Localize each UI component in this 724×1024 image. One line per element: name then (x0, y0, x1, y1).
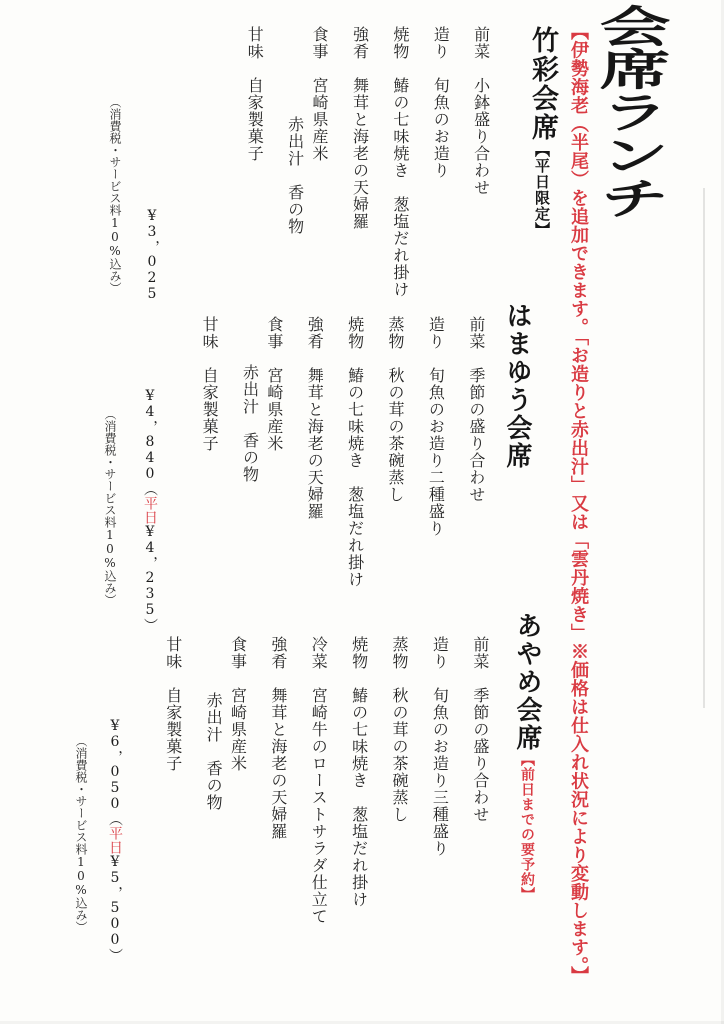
menu-item-column: 強肴 舞茸と海老の天婦羅 (305, 302, 323, 588)
price-block-chikusai: ¥3，025 （消費税・サービス料10%込み） (109, 96, 159, 302)
price-weekday-label: 平日 (107, 826, 123, 854)
scan-streak-artifact (703, 188, 705, 708)
menu-item-column: 食事 宮崎県産米 (310, 26, 328, 298)
menu-sheet: { "page": { "title": "会席ランチ", "top_note"… (0, 0, 724, 1024)
section-ayame-header: あやめ会席【前日までの要予約】 (511, 612, 542, 925)
price-paren-open: （ (107, 812, 123, 826)
menu-item-continuation: 赤出汁 香の物 (240, 302, 258, 588)
tax-note: （消費税・サービス料10%込み） (75, 718, 87, 962)
menu-item-column: 甘味 自家製菓子 (200, 302, 218, 588)
price-value: ¥3，025 (144, 208, 160, 302)
section-ayame: あやめ会席【前日までの要予約】 前菜 季節の盛り合わせ 造り 旬魚のお造り三種盛… (141, 612, 542, 925)
menu-item-column: 強肴 舞茸と海老の天婦羅 (268, 612, 286, 925)
tax-note: （消費税・サービス料10%込み） (104, 388, 116, 632)
menu-item-column: 甘味 自家製菓子 (245, 26, 263, 298)
section-chikusai-header: 竹彩会席【平日限定】 (526, 26, 558, 298)
section-hamayu-name: はまゆう会席 (502, 302, 532, 470)
menu-item-column: 造り 旬魚のお造り (431, 26, 449, 298)
section-ayame-suffix: 【前日までの要予約】 (519, 752, 535, 902)
menu-item-continuation: 赤出汁 香の物 (285, 26, 303, 298)
price-block-ayame: ¥6，050（平日¥5，500） （消費税・サービス料10%込み） (75, 718, 122, 962)
price-block-hamayu: ¥4，840（平日¥4，235） （消費税・サービス料10%込み） (104, 388, 157, 632)
menu-item-column: 前菜 小鉢盛り合わせ (471, 26, 489, 298)
price-value: ¥4，840 (142, 388, 158, 482)
menu-item-column: 蒸物 秋の茸の茶碗蒸し (390, 612, 408, 925)
section-chikusai-suffix: 【平日限定】 (533, 142, 551, 238)
page-title: 会席ランチ (593, 4, 664, 219)
price-weekday-label: 平日 (142, 496, 158, 524)
section-ayame-name: あやめ会席 (512, 612, 542, 752)
price-label: ¥3，025 (145, 96, 159, 302)
section-hamayu-header: はまゆう会席 (501, 302, 532, 588)
section-chikusai-name: 竹彩会席 (527, 26, 558, 142)
menu-item-column: 焼物 鰆の七味焼き 葱塩だれ掛け (390, 26, 408, 298)
menu-item-column: 造り 旬魚のお造り三種盛り (430, 612, 448, 925)
menu-item-continuation: 赤出汁 香の物 (204, 612, 222, 925)
menu-item-column: 造り 旬魚のお造り二種盛り (426, 302, 444, 588)
price-weekday-value: ¥5，500） (107, 854, 123, 962)
menu-item-column: 食事 宮崎県産米 (264, 302, 282, 588)
menu-item-column: 甘味 自家製菓子 (163, 612, 181, 925)
menu-item-column: 冷菜 宮崎牛のローストサラダ仕立て (309, 612, 327, 925)
menu-item-column: 前菜 季節の盛り合わせ (466, 302, 484, 588)
price-paren-open: （ (142, 482, 158, 496)
menu-item-column: 強肴 舞茸と海老の天婦羅 (350, 26, 368, 298)
lobster-addition-note: 【伊勢海老（半尾）を追加できます。「お造りと赤出汁」又は「雲丹焼き」※価格は仕入… (568, 22, 588, 982)
menu-item-column: 前菜 季節の盛り合わせ (470, 612, 488, 925)
section-hamayu: はまゆう会席 前菜 季節の盛り合わせ 造り 旬魚のお造り二種盛り 蒸物 秋の茸の… (178, 302, 532, 588)
menu-item-column: 焼物 鰆の七味焼き 葱塩だれ掛け (349, 612, 367, 925)
price-value: ¥6，050 (107, 718, 123, 812)
section-chikusai: 竹彩会席【平日限定】 前菜 小鉢盛り合わせ 造り 旬魚のお造り 焼物 鰆の七味焼… (223, 26, 558, 298)
tax-note: （消費税・サービス料10%込み） (109, 96, 121, 302)
price-label: ¥4，840（平日¥4，235） (143, 388, 157, 632)
menu-item-column: 焼物 鰆の七味焼き 葱塩だれ掛け (345, 302, 363, 588)
menu-item-column: 蒸物 秋の茸の茶碗蒸し (386, 302, 404, 588)
price-label: ¥6，050（平日¥5，500） (108, 718, 122, 962)
menu-item-column: 食事 宮崎県産米 (228, 612, 246, 925)
